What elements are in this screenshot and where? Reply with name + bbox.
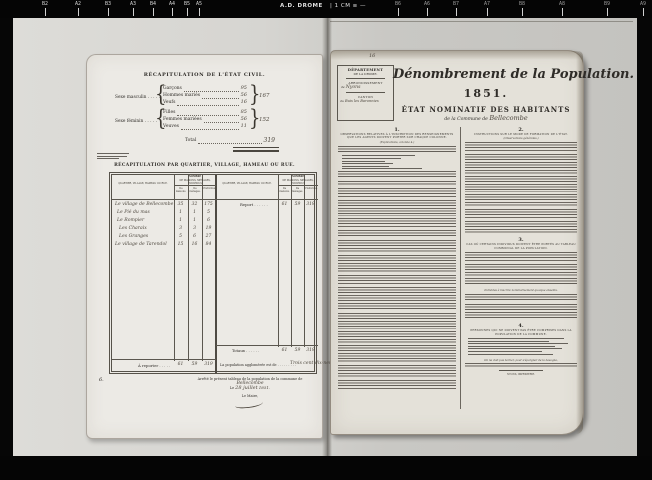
cell-value: 1 [174, 210, 187, 215]
text-block [338, 380, 456, 390]
quartier-table-title: RÉCAPITULATION PAR QUARTIER, VILLAGE, HA… [87, 163, 322, 168]
table-line [304, 175, 305, 347]
text-line [468, 343, 568, 344]
section-heading: PERSONNES QUI NE DOIVENT PAS ÊTRE COMPRI… [465, 329, 577, 336]
text-line [468, 354, 553, 355]
attestation-date: Le 28 juillet 1851. [185, 385, 315, 391]
text-block [465, 312, 577, 320]
text-block [338, 181, 456, 186]
dotted-leader [198, 143, 261, 144]
arr-prefix: de [341, 85, 345, 89]
text-block [338, 146, 456, 154]
ruler-label: A4 [169, 1, 175, 7]
text-block [338, 365, 456, 378]
text-block [338, 230, 456, 238]
ruler-tick [199, 8, 200, 16]
text-block [465, 278, 577, 286]
film-edge-bottom [0, 456, 652, 480]
etat-civil-title: RÉCAPITULATION DE L'ÉTAT CIVIL. [87, 72, 322, 78]
ruler-tick [427, 8, 428, 16]
text-block [338, 345, 456, 363]
maire-label: Le Maire, [185, 394, 315, 398]
table-line [291, 175, 292, 347]
table-line [112, 359, 216, 360]
imprint: NYONS, IMPRIMERIE. [465, 373, 577, 376]
text-line [468, 341, 549, 342]
text-block [465, 221, 577, 234]
table-line [278, 175, 279, 347]
cell-value: 1 [174, 218, 187, 223]
ec-row: Veuves11 [163, 123, 247, 130]
text-block [465, 176, 577, 192]
film-edge-right [637, 18, 652, 456]
ruler-tick [133, 8, 134, 16]
ec-row: Garçons95 [163, 85, 247, 92]
closing-line: On ne doit pas borner, pour s'épargner d… [465, 358, 577, 362]
col-header-individus: D'individus. [304, 188, 318, 191]
cell-value: 61 [278, 202, 291, 207]
text-line [342, 158, 401, 159]
ruler-tick [108, 8, 109, 16]
section-subheading: Individus à inscrire nominativement quoi… [465, 288, 577, 292]
cell-value: 15 [174, 242, 187, 247]
maire-signature [235, 399, 263, 409]
total-rule-thick [233, 150, 279, 152]
ec-value-hw: 56 [241, 116, 247, 123]
col-header-menages: De ménages. [291, 188, 304, 194]
col-header-maisons: De maisons. [174, 188, 188, 194]
totaux-label: Totaux . . . . . . [232, 348, 259, 353]
total-value-hw: 319 [264, 137, 275, 144]
report-label: Report . . . . . . [240, 202, 268, 207]
a-reporter-label: À reporter . . . . . [138, 363, 170, 368]
text-block [465, 294, 577, 302]
table-row: Le village de Bellecombe [115, 202, 173, 207]
cell-value: 59 [291, 348, 304, 353]
table-center-divider [215, 175, 217, 373]
name-col-header: QUARTIER, VILLAGE, HAMEAU OU RUE. [218, 183, 276, 186]
date-prefix: Le [230, 386, 234, 390]
page-number: 6. [99, 377, 104, 383]
text-block [338, 287, 456, 301]
ruler-tick [398, 8, 399, 16]
ec-row: Hommes mariés56 [163, 92, 247, 99]
ruler-label: A6 [424, 1, 430, 7]
ruler-tick [487, 8, 488, 16]
ruler-tick [153, 8, 154, 16]
cell-value: 19 [202, 226, 215, 231]
text-block [465, 162, 577, 174]
ruler-tick [522, 8, 523, 16]
ruler-label: B7 [453, 1, 459, 7]
note-line [97, 153, 129, 154]
instructions-column-1: 1. OBSERVATIONS RELATIVES À L'INSCRIPTIO… [338, 127, 456, 392]
ec-label: Hommes mariés [163, 92, 200, 99]
year-title: 1851. [393, 87, 579, 100]
ec-value-hw: 56 [241, 92, 247, 99]
text-line [342, 161, 385, 162]
section-subheading: (Explications, colonne 4.) [338, 140, 456, 144]
ruler-label: A5 [196, 1, 202, 7]
note-line [97, 158, 119, 159]
cell-value: 6 [188, 234, 201, 239]
cell-value: 32 [188, 202, 201, 207]
archive-label: A.D. DROME [280, 3, 323, 9]
date-year: 1851. [259, 385, 270, 390]
table-row: Le village de Tarendol [115, 242, 167, 247]
canton-hw: Buis les Baronnies [345, 99, 379, 103]
agglomeree-value-hw: Trois cent dix-neuf [290, 361, 334, 366]
ruler-tick [172, 8, 173, 16]
note-line [97, 156, 127, 157]
section-heading: CAS OÙ CERTAINS INDIVIDUS DOIVENT ÊTRE P… [465, 243, 577, 250]
text-block [465, 154, 577, 160]
ec-value-hw: 85 [241, 109, 247, 116]
text-block [338, 275, 456, 285]
cell-value: 59 [291, 202, 304, 207]
subtitle: ÉTAT NOMINATIF DES HABITANTS [393, 105, 579, 114]
male-total-hw: 167 [259, 93, 270, 99]
commune-hw: Bellecombe [489, 114, 527, 122]
ruler-tick [643, 8, 644, 16]
ec-row: Femmes mariées56 [163, 116, 247, 123]
ruler-tick [456, 8, 457, 16]
ec-label: Garçons [163, 85, 182, 92]
department-box: DÉPARTEMENT DE LA DROME. ARRONDISSEMENT … [337, 65, 394, 121]
name-col-header: QUARTIER, VILLAGE, HAMEAU OU RUE. [114, 183, 172, 186]
text-block [338, 188, 456, 198]
ruler-tick [607, 8, 608, 16]
text-block [465, 363, 577, 368]
dotted-leader [177, 105, 238, 106]
text-block [338, 313, 456, 329]
table-line [112, 199, 318, 200]
cell-value: 175 [202, 202, 215, 207]
text-block [465, 194, 577, 207]
ruler-tick [45, 8, 46, 16]
ruler-label: B4 [150, 1, 156, 7]
cell-value: 27 [202, 234, 215, 239]
cell-value: 6 [202, 218, 215, 223]
departement-value: DE LA DROME. [338, 72, 393, 76]
ec-label: Filles [163, 109, 175, 116]
imprint-rule [499, 370, 544, 371]
table-row: Le Pié du mas [117, 210, 150, 215]
under-sheet-edge [330, 21, 633, 22]
female-label: Sexe féminin . . . . . [115, 119, 157, 124]
text-block [465, 264, 577, 276]
divider [346, 92, 385, 93]
ec-label: Veuves [163, 123, 179, 130]
scale-label: | 1 CM ≡ — [330, 3, 366, 9]
ec-value-hw: 16 [241, 99, 247, 106]
text-block [338, 303, 456, 311]
cell-value: 16 [188, 242, 201, 247]
text-block [465, 252, 577, 262]
cell-value: 35 [174, 202, 187, 207]
total-rule [233, 147, 279, 148]
table-row: Les Granges [119, 234, 148, 239]
ruler-label: A2 [75, 1, 81, 7]
text-line [468, 351, 542, 352]
canton-prefix: du [340, 99, 344, 103]
left-page: RÉCAPITULATION DE L'ÉTAT CIVIL. Sexe mas… [86, 54, 323, 439]
right-page: 16 DÉPARTEMENT DE LA DROME. ARRONDISSEME… [330, 50, 584, 435]
film-edge-left [0, 18, 13, 456]
ruler-label: B9 [604, 1, 610, 7]
col-header-maisons: De maisons. [278, 188, 291, 194]
cell-value: 319 [304, 202, 317, 207]
cell-value: 61 [278, 348, 291, 353]
ruler-label: B5 [184, 1, 190, 7]
text-line [468, 338, 564, 339]
ec-row: Veufs16 [163, 99, 247, 106]
section-heading: OBSERVATIONS RELATIVES À L'INSCRIPTION D… [338, 133, 456, 140]
text-line [342, 155, 415, 156]
nombre-subheader: DE MAISONS, MÉNAGES, INDIVIDUS [174, 180, 216, 186]
text-block [338, 200, 456, 216]
text-block [465, 142, 577, 152]
ec-value-hw: 95 [241, 85, 247, 92]
margin-note [97, 152, 129, 161]
cell-value: 3 [188, 226, 201, 231]
ruler-tick [78, 8, 79, 16]
ec-row: Filles85 [163, 109, 247, 116]
table-row: Les Charaix [119, 226, 147, 231]
ec-label: Femmes mariées [163, 116, 202, 123]
folio-number-hw: 16 [369, 53, 375, 59]
ruler-label: A3 [130, 1, 136, 7]
text-block [465, 209, 577, 219]
cell-value: 59 [188, 362, 201, 367]
cell-value: 319 [202, 362, 215, 367]
microfilm-ruler: B2 A2 B3 A3 B4 A4 B5 A5 A.D. DROME | 1 C… [0, 0, 652, 18]
table-row: Le Rompier [117, 218, 144, 223]
dotted-leader [202, 98, 239, 99]
text-line [468, 348, 562, 349]
cell-value: 5 [174, 234, 187, 239]
ruler-label: B2 [42, 1, 48, 7]
ruler-tick [187, 8, 188, 16]
cell-value: 1 [188, 218, 201, 223]
text-block [338, 255, 456, 273]
table-line [216, 345, 318, 346]
column-divider [460, 127, 461, 409]
ruler-label: A8 [559, 1, 565, 7]
text-line [342, 163, 393, 164]
text-line [342, 166, 389, 167]
ruler-tick [562, 8, 563, 16]
ruler-label: B3 [105, 1, 111, 7]
nombre-subheader: DE MAISONS, MÉNAGES, INDIVIDUS [278, 180, 318, 186]
ruler-label: A7 [484, 1, 490, 7]
text-block [338, 171, 456, 179]
male-label: Sexe masculin . . . . . [115, 95, 160, 100]
ec-value-hw: 11 [241, 123, 247, 130]
ruler-label: B8 [519, 1, 525, 7]
text-line [468, 346, 555, 347]
quartier-table: QUARTIER, VILLAGE, HAMEAU OU RUE. NOMBRE… [109, 172, 317, 374]
text-block [465, 304, 577, 310]
cell-value: 319 [304, 348, 317, 353]
date-hw: 28 juillet [235, 385, 258, 391]
text-block [338, 218, 456, 228]
col-header-individus: D'individus. [202, 188, 215, 191]
ruler-label: A9 [640, 1, 646, 7]
cell-value: 84 [202, 242, 215, 247]
commune-prefix: de la Commune de [444, 117, 488, 122]
text-block [338, 240, 456, 253]
microfilm-scan: B2 A2 B3 A3 B4 A4 B5 A5 A.D. DROME | 1 C… [0, 0, 652, 480]
dotted-leader [204, 122, 239, 123]
col-header-menages: De ménages. [188, 188, 202, 194]
divider [346, 78, 385, 79]
agglomeree-label: La population agglomérée est de . . . . … [220, 363, 296, 367]
cell-value: 5 [202, 210, 215, 215]
cell-value: 3 [174, 226, 187, 231]
section-subheading: (Observations générales.) [465, 136, 577, 140]
text-line [342, 168, 422, 169]
dotted-leader [181, 129, 239, 130]
ruler-label: B6 [395, 1, 401, 7]
cell-value: 1 [188, 210, 201, 215]
cell-value: 61 [174, 362, 187, 367]
female-total-hw: 152 [259, 117, 270, 123]
main-title: Dénombrement de la Population. [393, 67, 579, 82]
text-block [338, 331, 456, 343]
instructions-column-2: 2. INSTRUCTIONS SUR LE MODE DE FORMATION… [465, 127, 577, 376]
arrondissement-hw: Nyons [346, 85, 361, 90]
total-label: Total [185, 137, 196, 144]
